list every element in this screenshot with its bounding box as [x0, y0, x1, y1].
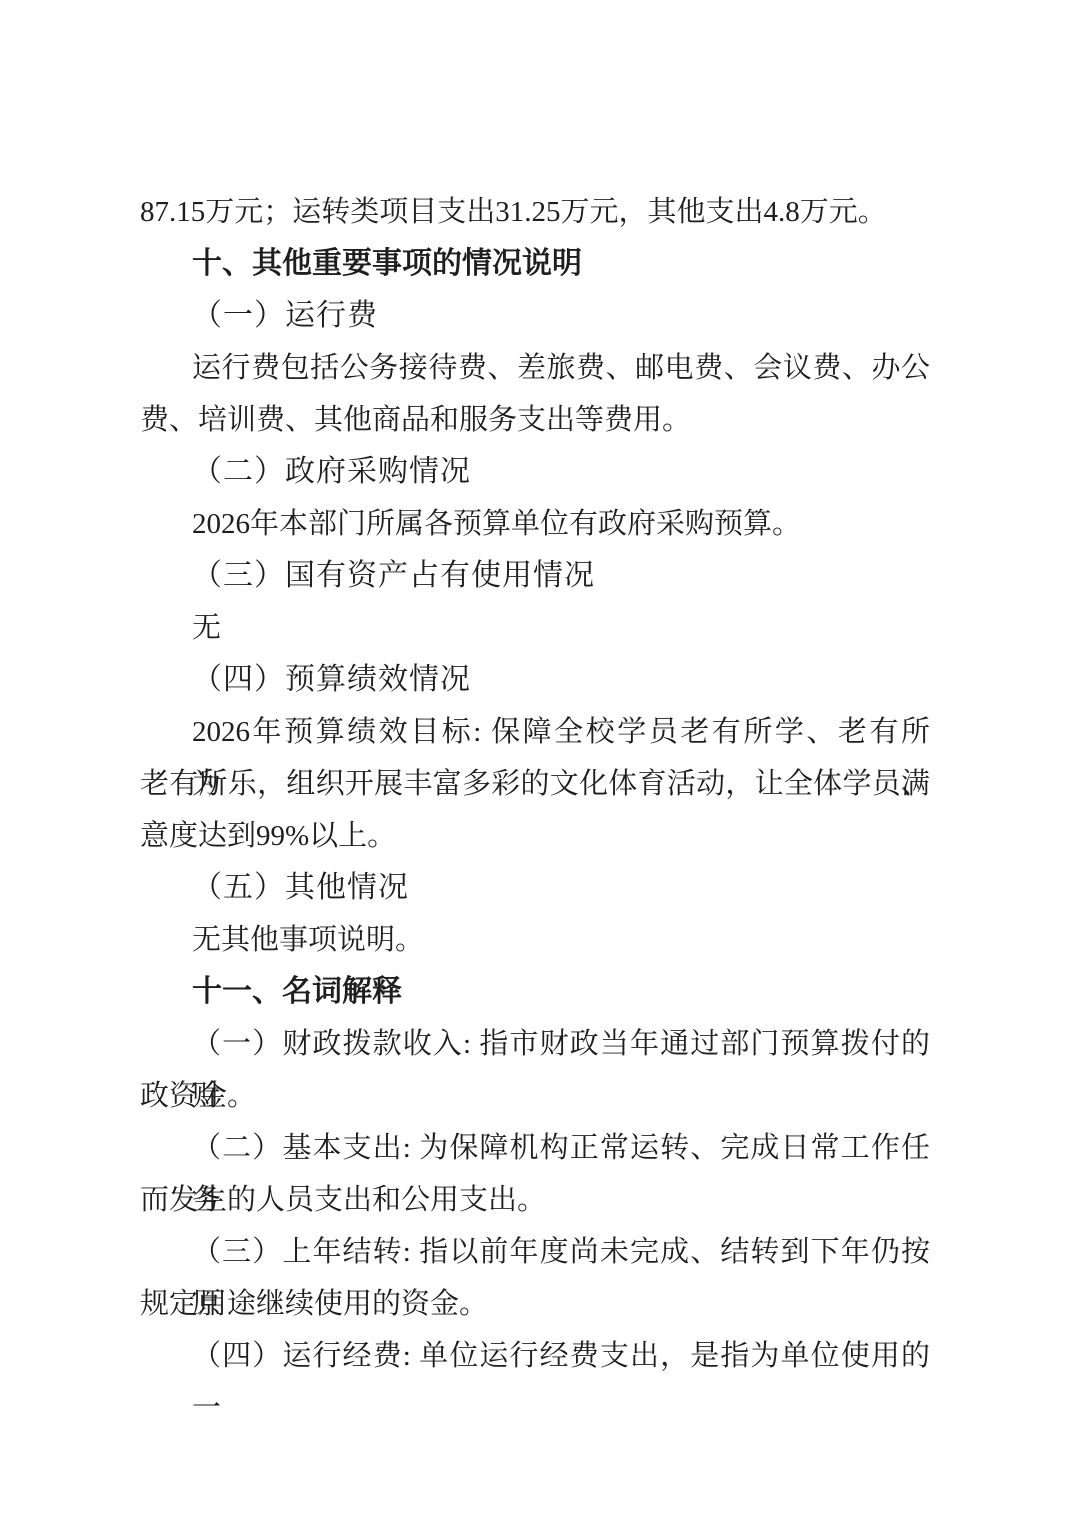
text-line: 2026年本部门所属各预算单位有政府采购预算。 [140, 498, 930, 550]
text-content: 87.15万元；运转类项目支出31.25万元，其他支出4.8万元。十、其他重要事… [140, 186, 930, 1382]
text-line: 运行费包括公务接待费、差旅费、邮电费、会议费、办公 [140, 342, 930, 394]
text-line: （二）政府采购情况 [140, 446, 930, 498]
text-line: 费、培训费、其他商品和服务支出等费用。 [140, 394, 930, 446]
text-line: 87.15万元；运转类项目支出31.25万元，其他支出4.8万元。 [140, 186, 930, 238]
text-line: （一）财政拨款收入: 指市财政当年通过部门预算拨付的财 [140, 1018, 930, 1070]
text-line: 十、其他重要事项的情况说明 [140, 238, 930, 290]
text-line: 无 [140, 602, 930, 654]
document-page: 87.15万元；运转类项目支出31.25万元，其他支出4.8万元。十、其他重要事… [0, 0, 1074, 1520]
text-line: 政资金。 [140, 1070, 930, 1122]
text-line: （三）国有资产占有使用情况 [140, 550, 930, 602]
text-line: 十一、名词解释 [140, 966, 930, 1018]
text-line: 老有所乐，组织开展丰富多彩的文化体育活动，让全体学员满 [140, 758, 930, 810]
text-line: （一）运行费 [140, 290, 930, 342]
text-line: （四）预算绩效情况 [140, 654, 930, 706]
text-line: （三）上年结转: 指以前年度尚未完成、结转到下年仍按原 [140, 1226, 930, 1278]
text-line: （二）基本支出: 为保障机构正常运转、完成日常工作任务 [140, 1122, 930, 1174]
text-line: （五）其他情况 [140, 862, 930, 914]
text-line: 规定用途继续使用的资金。 [140, 1278, 930, 1330]
text-line: （四）运行经费: 单位运行经费支出，是指为单位使用的一 [140, 1330, 930, 1382]
text-line: 2026年预算绩效目标: 保障全校学员老有所学、老有所为、 [140, 706, 930, 758]
text-line: 而发生的人员支出和公用支出。 [140, 1174, 930, 1226]
text-line: 无其他事项说明。 [140, 914, 930, 966]
text-line: 意度达到99%以上。 [140, 810, 930, 862]
